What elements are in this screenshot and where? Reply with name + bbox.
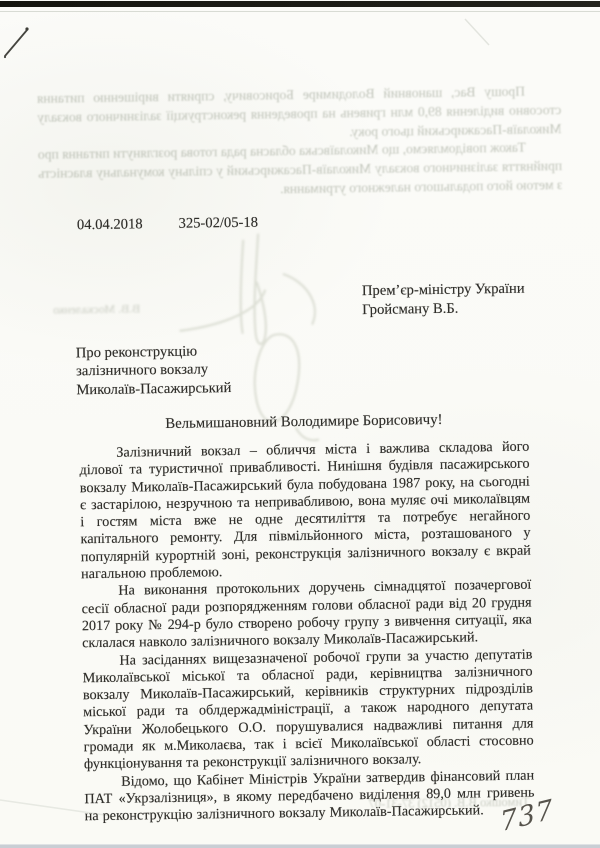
body-paragraph: На виконання протокольних доручень сімна… (81, 577, 532, 653)
scanned-letter-page: Прошу Вас, шановний Володимире Борисович… (0, 0, 600, 848)
date-line: 04.04.2018 325-02/05-18 (77, 215, 258, 235)
salutation: Вельмишановний Володимире Борисовичу! (79, 411, 529, 435)
subject-line: Про реконструкцію (76, 342, 231, 363)
subject-line: Миколаїв-Пасажирський (76, 379, 231, 400)
subject-block: Про реконструкцію залізничного вокзалу М… (76, 342, 232, 400)
addressee-name: Гройсману В.Б. (362, 298, 525, 319)
body-paragraph: Залізничний вокзал – обличчя міста і важ… (79, 439, 531, 584)
addressee-title: Прем’єр-міністру України (362, 280, 525, 301)
bleed-through-paragraph: Також повідомляємо, що Миколаївська обла… (38, 138, 563, 202)
subject-line: залізничного вокзалу (76, 360, 231, 381)
letter-date: 04.04.2018 (77, 216, 143, 234)
bleed-through-text-top: Прошу Вас, шановний Володимире Борисович… (37, 82, 563, 203)
body-paragraph: На засіданнях вищезазначеної робочої гру… (82, 646, 534, 774)
letter-ref-number: 325-02/05-18 (178, 215, 258, 233)
bleed-through-signature-name: В.В. Москаленко (28, 301, 140, 318)
letter-body: Вельмишановний Володимире Борисовичу! За… (79, 411, 535, 826)
bleed-through-paragraph: Прошу Вас, шановний Володимире Борисович… (37, 82, 562, 146)
addressee-block: Прем’єр-міністру України Гройсману В.Б. (362, 280, 525, 320)
